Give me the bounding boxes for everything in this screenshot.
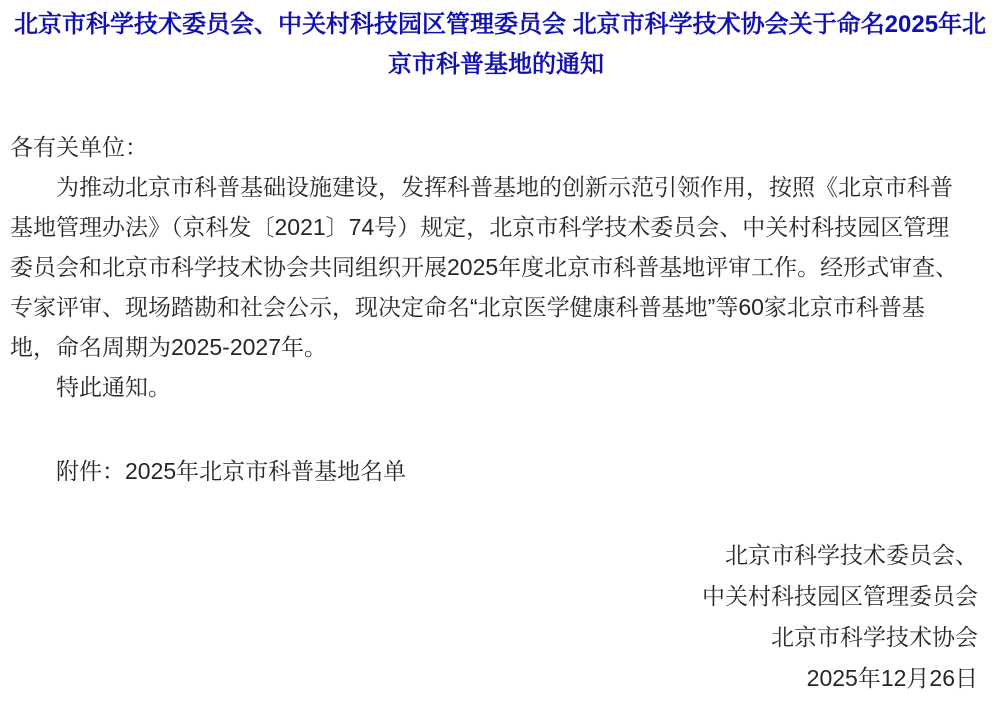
document-title-line-2: 京市科普基地的通知: [14, 45, 978, 85]
signature-org-3: 北京市科学技术协会: [10, 617, 978, 658]
notice-document: 北京市科学技术委员会、中关村科技园区管理委员会 北京市科学技术协会关于命名202…: [0, 0, 996, 717]
paragraph-line: 专家评审、现场踏勘和社会公示，现决定命名“北京医学健康科普基地”等60家北京市科…: [10, 287, 982, 327]
attachment-line: 附件：2025年北京市科普基地名单: [10, 451, 982, 491]
document-title: 北京市科学技术委员会、中关村科技园区管理委员会 北京市科学技术协会关于命名202…: [10, 5, 982, 85]
body-paragraph: 为推动北京市科普基础设施建设，发挥科普基地的创新示范引领作用，按照《北京市科普 …: [10, 167, 982, 367]
paragraph-line: 地，命名周期为2025-2027年。: [10, 327, 982, 367]
signature-org-1: 北京市科学技术委员会、: [10, 535, 978, 576]
signature-org-2: 中关村科技园区管理委员会: [10, 576, 978, 617]
document-title-line-1: 北京市科学技术委员会、中关村科技园区管理委员会 北京市科学技术协会关于命名202…: [14, 5, 978, 45]
paragraph-line: 为推动北京市科普基础设施建设，发挥科普基地的创新示范引领作用，按照《北京市科普: [10, 167, 982, 207]
paragraph-line: 基地管理办法》（京科发〔2021〕74号）规定，北京市科学技术委员会、中关村科技…: [10, 207, 982, 247]
signature-block: 北京市科学技术委员会、 中关村科技园区管理委员会 北京市科学技术协会 2025年…: [10, 535, 978, 699]
signature-date: 2025年12月26日: [10, 658, 978, 699]
paragraph-line: 委员会和北京市科学技术协会共同组织开展2025年度北京市科普基地评审工作。经形式…: [10, 247, 982, 287]
closing-line: 特此通知。: [10, 367, 982, 407]
salutation: 各有关单位：: [10, 127, 982, 167]
